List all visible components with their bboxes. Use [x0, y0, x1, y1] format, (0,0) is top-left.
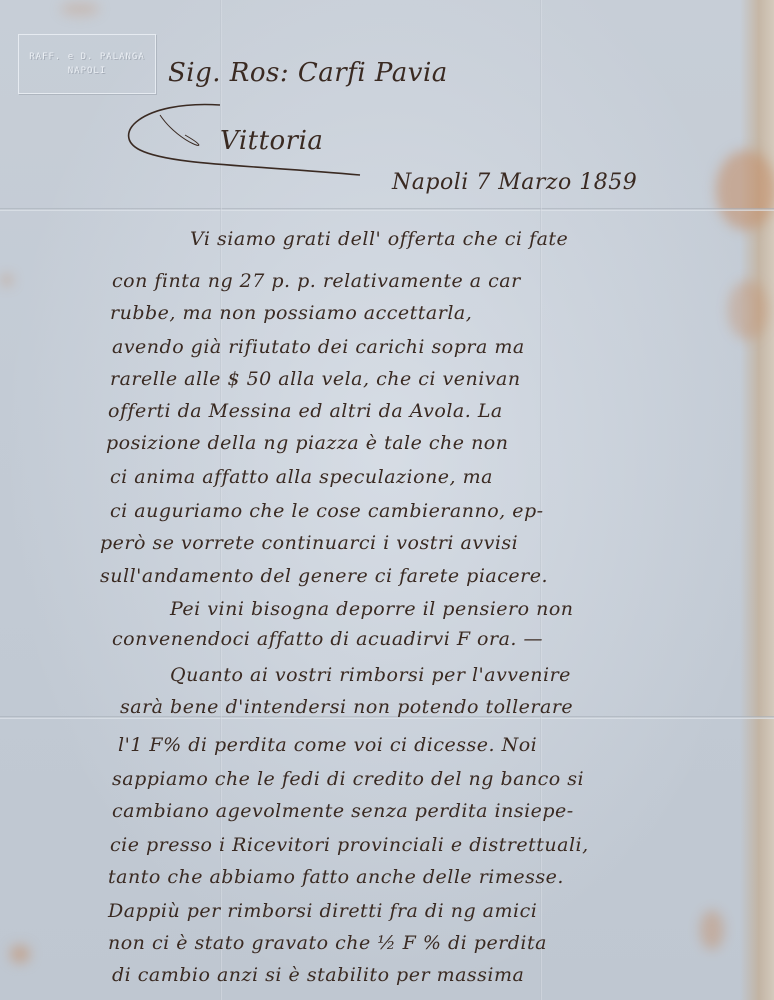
- letter-line: posizione della ng piazza è tale che non: [106, 432, 508, 454]
- stain: [716, 150, 774, 230]
- letter-line: avendo già rifiutato dei carichi sopra m…: [112, 336, 525, 358]
- letter-line: convenendoci affatto di acuadirvi F ora.…: [112, 628, 543, 650]
- recipient-address: Sig. Ros: Carfi Pavia: [168, 58, 448, 88]
- letter-line: rarelle alle $ 50 alla vela, che ci veni…: [110, 368, 521, 390]
- letter-line: Pei vini bisogna deporre il pensiero non: [170, 598, 574, 620]
- letter-line: tanto che abbiamo fatto anche delle rime…: [108, 866, 564, 888]
- letter-line: cambiano agevolmente senza perdita insie…: [112, 800, 574, 822]
- letter-line: non ci è stato gravato che ½ F % di perd…: [108, 932, 547, 954]
- stain: [10, 945, 30, 963]
- letter-line: Dappiù per rimborsi diretti fra di ng am…: [108, 900, 537, 922]
- stain: [60, 2, 100, 16]
- letter-line: Vi siamo grati dell' offerta che ci fate: [190, 228, 568, 250]
- embossed-stamp: RAFF. e D. PALANGA NAPOLI: [18, 34, 156, 94]
- dateline: Napoli 7 Marzo 1859: [392, 170, 637, 195]
- letter-line: l'1 F% di perdita come voi ci dicesse. N…: [118, 734, 537, 756]
- letter-sheet: RAFF. e D. PALANGA NAPOLI Sig. Ros: Carf…: [0, 0, 774, 1000]
- letter-line: sappiamo che le fedi di credito del ng b…: [112, 768, 584, 790]
- stain: [700, 910, 724, 950]
- letter-line: sarà bene d'intendersi non potendo tolle…: [120, 696, 573, 718]
- letter-line: di cambio anzi si è stabilito per massim…: [112, 964, 524, 986]
- stamp-line-1: RAFF. e D. PALANGA: [29, 52, 145, 62]
- fold-line: [0, 208, 774, 211]
- letter-line: offerti da Messina ed altri da Avola. La: [108, 400, 503, 422]
- letter-line: con finta ng 27 p. p. relativamente a ca…: [112, 270, 521, 292]
- letter-line: però se vorrete continuarci i vostri avv…: [100, 532, 518, 554]
- letter-line: ci auguriamo che le cose cambieranno, ep…: [110, 500, 544, 522]
- letter-line: Quanto ai vostri rimborsi per l'avvenire: [170, 664, 571, 686]
- stain: [728, 280, 768, 340]
- stamp-line-2: NAPOLI: [68, 66, 107, 76]
- letter-line: rubbe, ma non possiamo accettarla,: [110, 302, 472, 324]
- stain: [2, 275, 12, 285]
- letter-line: cie presso i Ricevitori provinciali e di…: [110, 834, 589, 856]
- letter-line: ci anima affatto alla speculazione, ma: [110, 466, 493, 488]
- letter-line: sull'andamento del genere ci farete piac…: [100, 565, 548, 587]
